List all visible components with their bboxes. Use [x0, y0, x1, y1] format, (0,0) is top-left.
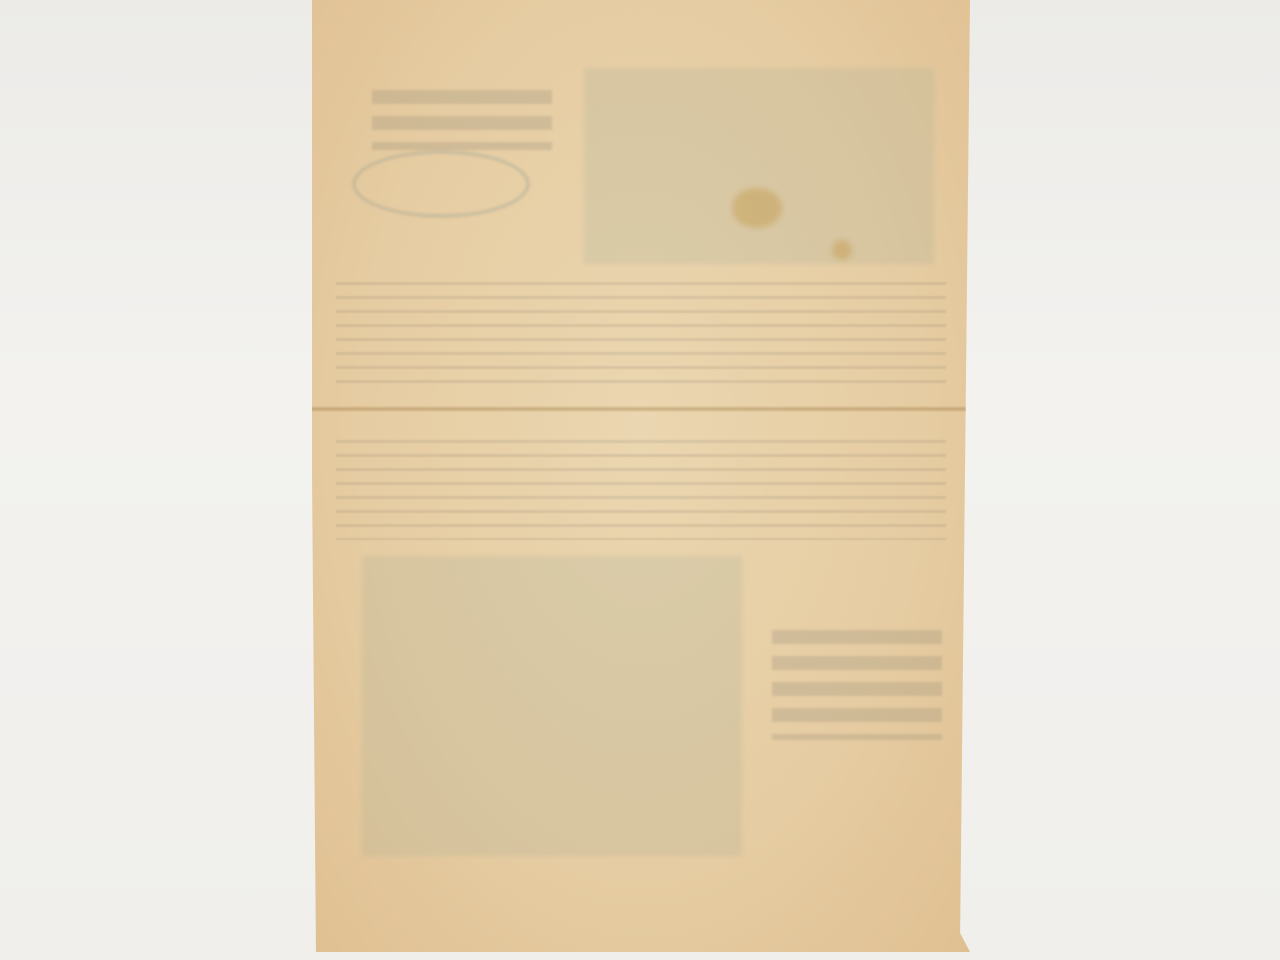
foxing-stain: [732, 188, 782, 228]
bleed-through-photo-top: [584, 68, 934, 264]
bleed-through-text-upper: [336, 282, 946, 394]
bleed-through-photo-bottom: [362, 556, 742, 856]
bleed-through-heading-bottom: [772, 630, 942, 740]
bleed-through-heading-top: [372, 90, 552, 150]
foxing-stain: [832, 240, 852, 260]
paper-sheet: [312, 0, 970, 952]
bleed-through-text-lower: [336, 440, 946, 540]
bleed-through-signature: [352, 150, 530, 218]
fold-crease: [312, 406, 970, 412]
